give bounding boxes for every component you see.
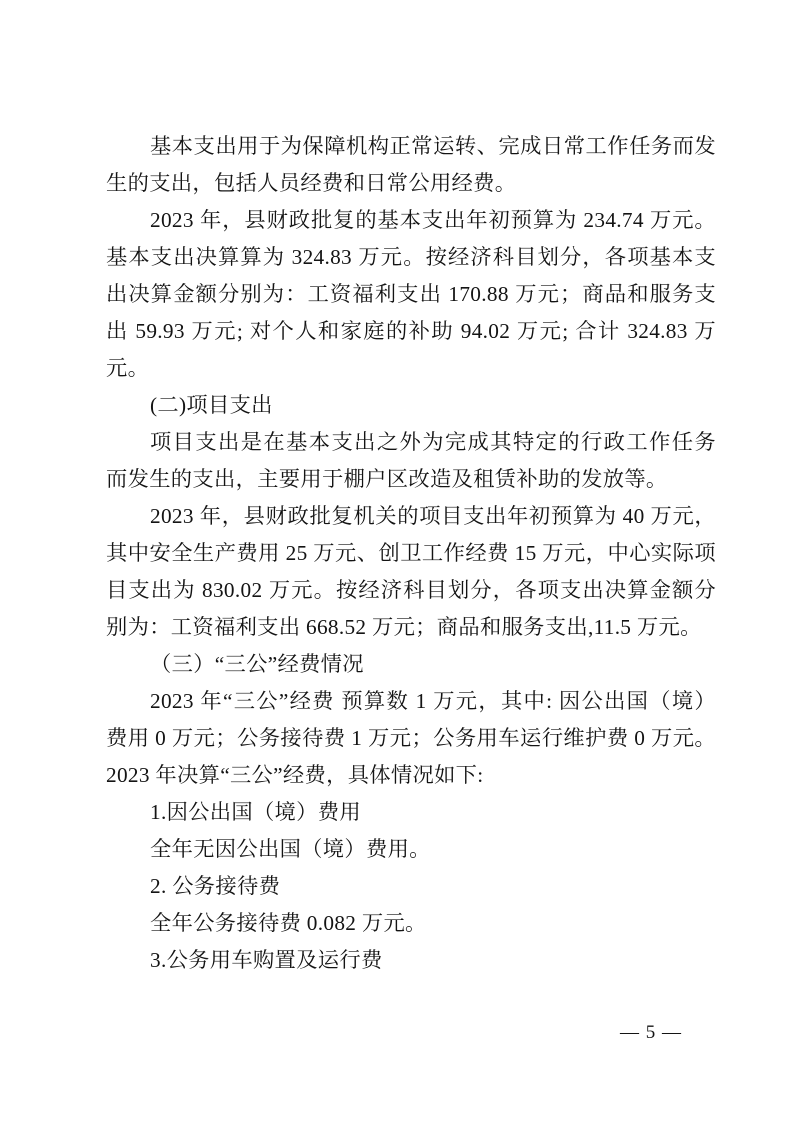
text-line: 全年无因公出国（境）费用。	[106, 831, 716, 868]
list-item-heading-vehicle-expense: 3.公务用车购置及运行费	[106, 942, 716, 979]
list-item-heading-reception-expense: 2. 公务接待费	[106, 868, 716, 905]
text-line: 元。	[106, 350, 716, 387]
document-body: 基本支出用于为保障机构正常运转、完成日常工作任务而发 生的支出，包括人员经费和日…	[106, 128, 716, 979]
text-line: 2023 年，县财政批复的基本支出年初预算为 234.74 万元。	[106, 202, 716, 239]
text-line: 2023 年，县财政批复机关的项目支出年初预算为 40 万元，	[106, 498, 716, 535]
text-line: 目支出为 830.02 万元。按经济科目划分，各项支出决算金额分	[106, 572, 716, 609]
text-line: 生的支出，包括人员经费和日常公用经费。	[106, 165, 716, 202]
text-line: 出决算金额分别为：工资福利支出 170.88 万元；商品和服务支	[106, 276, 716, 313]
page-number: — 5 —	[620, 1022, 682, 1044]
document-page: 基本支出用于为保障机构正常运转、完成日常工作任务而发 生的支出，包括人员经费和日…	[0, 0, 794, 1122]
list-item-heading-abroad-expense: 1.因公出国（境）费用	[106, 794, 716, 831]
text-line: 基本支出用于为保障机构正常运转、完成日常工作任务而发	[106, 128, 716, 165]
text-line: 项目支出是在基本支出之外为完成其特定的行政工作任务	[106, 424, 716, 461]
text-line: 基本支出决算算为 324.83 万元。按经济科目划分，各项基本支	[106, 239, 716, 276]
text-line: 出 59.93 万元; 对个人和家庭的补助 94.02 万元; 合计 324.8…	[106, 313, 716, 350]
text-line: 别为：工资福利支出 668.52 万元；商品和服务支出,11.5 万元。	[106, 609, 716, 646]
text-line: 全年公务接待费 0.082 万元。	[106, 905, 716, 942]
text-line: 其中安全生产费用 25 万元、创卫工作经费 15 万元，中心实际项	[106, 535, 716, 572]
text-line: 而发生的支出，主要用于棚户区改造及租赁补助的发放等。	[106, 461, 716, 498]
text-line: 费用 0 万元；公务接待费 1 万元；公务用车运行维护费 0 万元。	[106, 720, 716, 757]
section-heading-three-public-funds: （三）“三公”经费情况	[106, 646, 716, 683]
text-line: 2023 年“三公”经费 预算数 1 万元，其中: 因公出国（境）	[106, 683, 716, 720]
section-heading-project-expenditure: (二)项目支出	[106, 387, 716, 424]
text-line: 2023 年决算“三公”经费，具体情况如下:	[106, 757, 716, 794]
